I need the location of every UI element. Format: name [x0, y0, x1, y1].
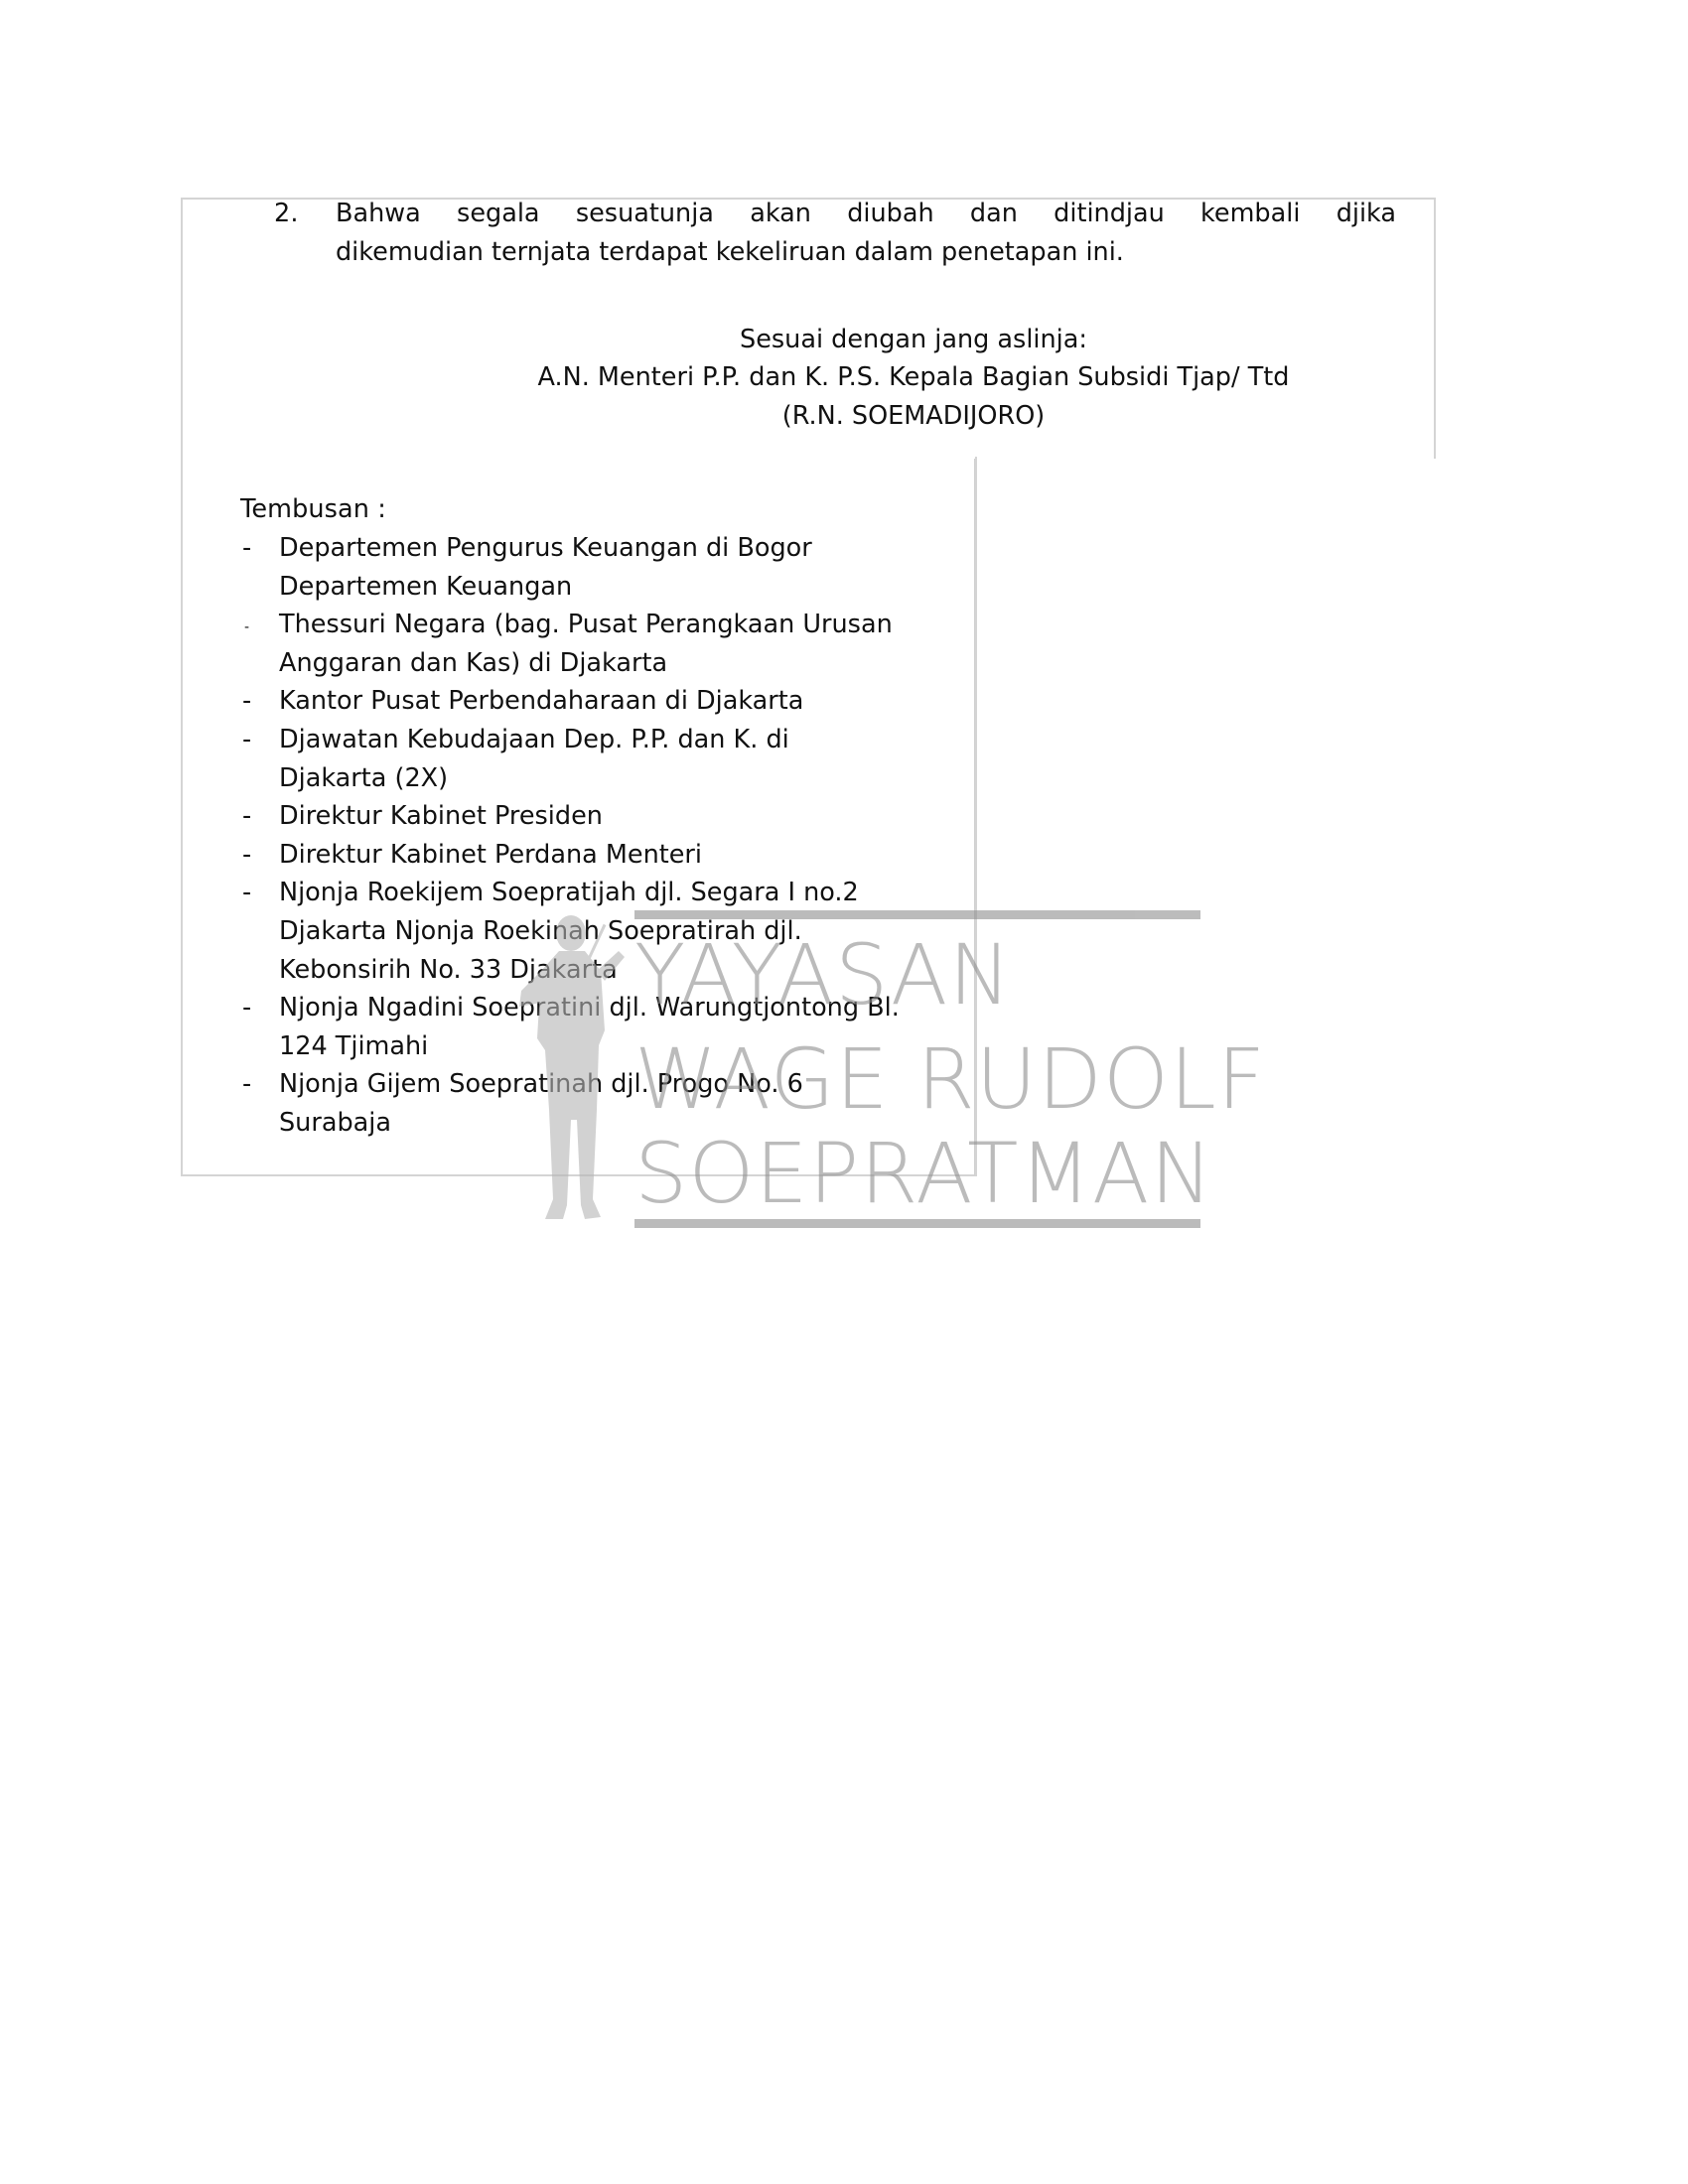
bullet-dash: -: [242, 682, 251, 721]
bullet-dash: -: [244, 609, 249, 647]
signature-line-1: Sesuai dengan jang aslinja:: [437, 321, 1390, 359]
carbon-copy-item: -Kantor Pusat Perbendaharaan di Djakarta: [240, 682, 900, 721]
bullet-dash: -: [242, 529, 251, 568]
carbon-copy-item-text: Njonja Ngadini Soepratini djl. Warungtjo…: [279, 989, 900, 1027]
carbon-copy-item: -Direktur Kabinet Presiden: [240, 797, 900, 836]
signature-line-2: A.N. Menteri P.P. dan K. P.S. Kepala Bag…: [437, 358, 1390, 397]
watermark-bottom-bar: [634, 1219, 1200, 1228]
bullet-dash: -: [242, 797, 251, 836]
carbon-copy-item-text: Thessuri Negara (bag. Pusat Perangkaan U…: [279, 606, 900, 644]
carbon-copy-item: -Thessuri Negara (bag. Pusat Perangkaan …: [240, 606, 900, 682]
bullet-dash: -: [242, 874, 251, 912]
carbon-copy-item-text: Kebonsirih No. 33 Djakarta: [279, 951, 900, 990]
bullet-dash: -: [242, 836, 251, 875]
carbon-copy-item-text: Direktur Kabinet Presiden: [279, 797, 900, 836]
carbon-copy-title: Tembusan :: [240, 490, 386, 529]
carbon-copy-item-text: Djawatan Kebudajaan Dep. P.P. dan K. di: [279, 721, 900, 759]
carbon-copy-item: -Njonja Gijem Soepratinah djl. Progo No.…: [240, 1065, 900, 1142]
item-paragraph: Bahwa segala sesuatunja akan diubah dan …: [336, 195, 1396, 272]
carbon-copy-item-text: Njonja Gijem Soepratinah djl. Progo No. …: [279, 1065, 900, 1104]
bullet-dash: -: [242, 721, 251, 759]
bullet-dash: -: [242, 1065, 251, 1104]
carbon-copy-item-text: Direktur Kabinet Perdana Menteri: [279, 836, 900, 875]
carbon-copy-item-text: Anggaran dan Kas) di Djakarta: [279, 644, 900, 683]
carbon-copy-item: -Njonja Ngadini Soepratini djl. Warungtj…: [240, 989, 900, 1065]
carbon-copy-item-text: Kantor Pusat Perbendaharaan di Djakarta: [279, 682, 900, 721]
carbon-copy-item: -Departemen Pengurus Keuangan di BogorDe…: [240, 529, 900, 606]
carbon-copy-list: -Departemen Pengurus Keuangan di BogorDe…: [240, 529, 900, 1143]
carbon-copy-item-text: Departemen Pengurus Keuangan di Bogor: [279, 529, 900, 568]
item-text-line1: Bahwa segala sesuatunja akan diubah dan …: [336, 195, 1396, 233]
carbon-copy-item: -Djawatan Kebudajaan Dep. P.P. dan K. di…: [240, 721, 900, 797]
carbon-copy-item-text: Surabaja: [279, 1104, 900, 1143]
carbon-copy-item: -Direktur Kabinet Perdana Menteri: [240, 836, 900, 875]
item-number: 2.: [274, 195, 299, 233]
item-text-line2: dikemudian ternjata terdapat kekeliruan …: [336, 233, 1396, 272]
carbon-copy-item-text: 124 Tjimahi: [279, 1027, 900, 1066]
table-divider: [974, 459, 975, 1175]
carbon-copy-item-text: Njonja Roekijem Soepratijah djl. Segara …: [279, 874, 900, 912]
carbon-copy-item-text: Departemen Keuangan: [279, 568, 900, 607]
signature-name: (R.N. SOEMADIJORO): [437, 397, 1390, 436]
carbon-copy-item: -Njonja Roekijem Soepratijah djl. Segara…: [240, 874, 900, 989]
bullet-dash: -: [242, 989, 251, 1027]
carbon-copy-item-text: Djakarta (2X): [279, 759, 900, 798]
carbon-copy-item-text: Djakarta Njonja Roekinah Soepratirah djl…: [279, 912, 900, 951]
